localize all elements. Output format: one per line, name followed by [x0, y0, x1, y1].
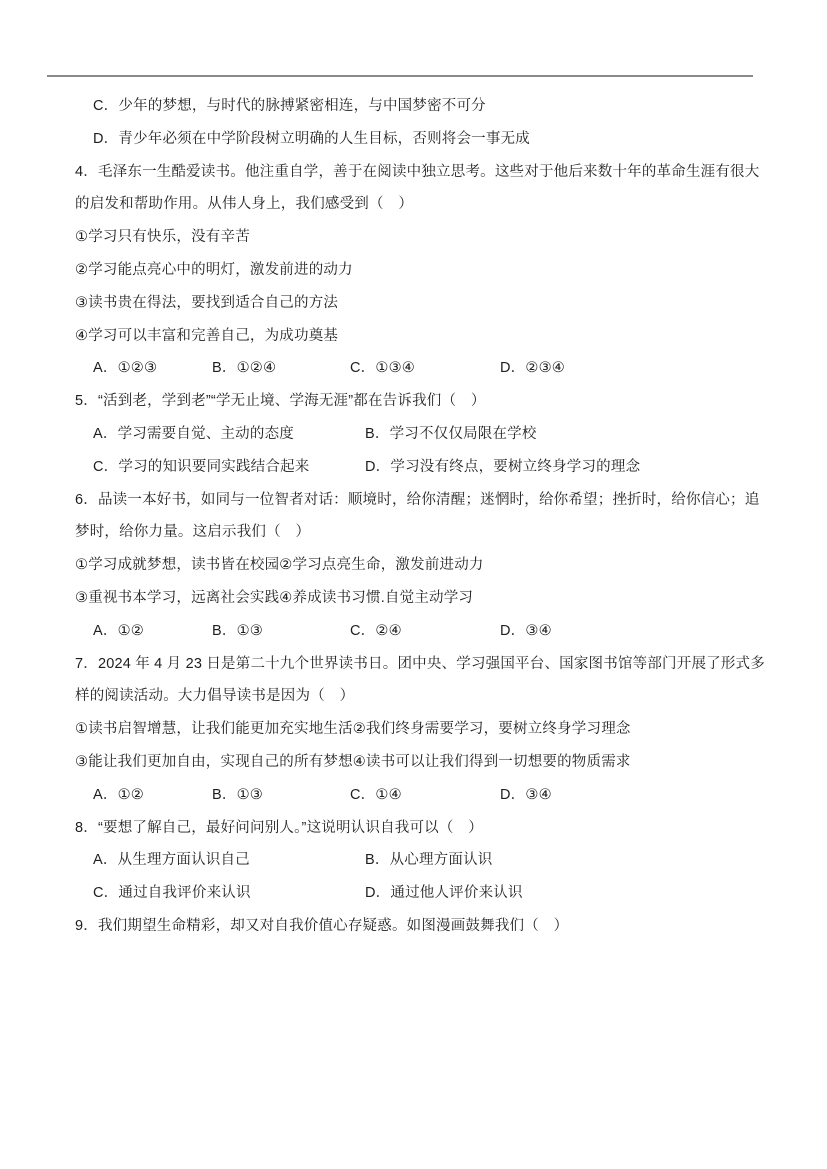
- option-text: ①②: [118, 623, 144, 639]
- option-text: ②③④: [525, 360, 565, 376]
- option: D．②③④: [500, 352, 565, 385]
- option-label: B．: [212, 623, 237, 639]
- option: B．学习不仅仅局限在学校: [365, 418, 537, 451]
- option-label: B．: [212, 360, 237, 376]
- options-row: A．从生理方面认识自己B．从心理方面认识: [75, 844, 770, 877]
- option: B．从心理方面认识: [365, 844, 492, 877]
- option-text: ①③④: [375, 360, 415, 376]
- option-label: D．: [365, 885, 390, 901]
- option-label: B．: [212, 787, 237, 803]
- question-block-6: 6．品读一本好书，如同与一位智者对话：顺境时，给你清醒；迷惘时，给你希望；挫折时…: [75, 484, 770, 648]
- option-label: B．: [365, 426, 390, 442]
- option: C．②④: [350, 615, 402, 648]
- statement-line: ②学习能点亮心中的明灯，激发前进的动力: [75, 254, 770, 287]
- option: D．通过他人评价来认识: [365, 877, 523, 910]
- option-line: C．少年的梦想，与时代的脉搏紧密相连，与中国梦密不可分: [75, 90, 770, 123]
- question-stem-line: 4．毛泽东一生酷爱读书。他注重自学，善于在阅读中独立思考。这些对于他后来数十年的…: [75, 156, 770, 189]
- statement-line: ③重视书本学习，远离社会实践④养成读书习惯.自觉主动学习: [75, 582, 770, 615]
- option-text: 通过他人评价来认识: [390, 885, 522, 901]
- question-block-8: 8．“要想了解自己，最好问问别人。”这说明认识自我可以（ ）A．从生理方面认识自…: [75, 812, 770, 910]
- question-block-4: 4．毛泽东一生酷爱读书。他注重自学，善于在阅读中独立思考。这些对于他后来数十年的…: [75, 156, 770, 386]
- option-label: A．: [93, 360, 118, 376]
- options-row: C．学习的知识要同实践结合起来D．学习没有终点，要树立终身学习的理念: [75, 451, 770, 484]
- option: A．从生理方面认识自己: [93, 844, 250, 877]
- option: C．学习的知识要同实践结合起来: [93, 451, 309, 484]
- option-text: ①③: [237, 787, 263, 803]
- option: C．通过自我评价来认识: [93, 877, 251, 910]
- option-text: ③④: [525, 787, 551, 803]
- option-label: D．: [93, 131, 118, 147]
- question-stem-line: 6．品读一本好书，如同与一位智者对话：顺境时，给你清醒；迷惘时，给你希望；挫折时…: [75, 484, 770, 517]
- options-row: C．通过自我评价来认识D．通过他人评价来认识: [75, 877, 770, 910]
- options-row: A．①②B．①③C．②④D．③④: [75, 615, 770, 648]
- option-label: C．: [350, 787, 375, 803]
- option-label: D．: [500, 360, 525, 376]
- option: C．①④: [350, 779, 402, 812]
- option-text: 从生理方面认识自己: [118, 852, 250, 868]
- statement-line: ①学习只有快乐，没有辛苦: [75, 221, 770, 254]
- statement-line: ③能让我们更加自由，实现自己的所有梦想④读书可以让我们得到一切想要的物质需求: [75, 746, 770, 779]
- option-line: D．青少年必须在中学阶段树立明确的人生目标，否则将会一事无成: [75, 123, 770, 156]
- option-text: ①④: [375, 787, 401, 803]
- option-label: C．: [93, 885, 118, 901]
- option: B．①③: [212, 615, 263, 648]
- option: A．①②: [93, 615, 144, 648]
- options-row: A．学习需要自觉、主动的态度B．学习不仅仅局限在学校: [75, 418, 770, 451]
- option-text: ③④: [525, 623, 551, 639]
- option-label: D．: [500, 623, 525, 639]
- question-stem-line: 9．我们期望生命精彩，却又对自我价值心存疑惑。如图漫画鼓舞我们（ ）: [75, 910, 770, 943]
- option: A．学习需要自觉、主动的态度: [93, 418, 294, 451]
- option-text: 少年的梦想，与时代的脉搏紧密相连，与中国梦密不可分: [118, 98, 486, 114]
- question-stem-line: 的启发和帮助作用。从伟人身上，我们感受到（ ）: [75, 188, 770, 221]
- option-label: A．: [93, 426, 118, 442]
- option-text: 青少年必须在中学阶段树立明确的人生目标，否则将会一事无成: [118, 131, 530, 147]
- statement-line: ①学习成就梦想，读书皆在校园②学习点亮生命，激发前进动力: [75, 549, 770, 582]
- statement-line: ③读书贵在得法，要找到适合自己的方法: [75, 287, 770, 320]
- question-stem-line: 样的阅读活动。大力倡导读书是因为（ ）: [75, 680, 770, 713]
- question-block-9: 9．我们期望生命精彩，却又对自我价值心存疑惑。如图漫画鼓舞我们（ ）: [75, 910, 770, 943]
- option: C．少年的梦想，与时代的脉搏紧密相连，与中国梦密不可分: [93, 98, 486, 114]
- options-row: A．①②B．①③C．①④D．③④: [75, 779, 770, 812]
- option: B．①②④: [212, 352, 276, 385]
- option-label: C．: [93, 98, 118, 114]
- option-text: 学习需要自觉、主动的态度: [118, 426, 294, 442]
- question-stem-line: 5．“活到老，学到老”“学无止境、学海无涯”都在告诉我们（ ）: [75, 385, 770, 418]
- option-text: 学习不仅仅局限在学校: [390, 426, 537, 442]
- option: C．①③④: [350, 352, 415, 385]
- option: B．①③: [212, 779, 263, 812]
- header-divider: [47, 75, 753, 77]
- option-label: A．: [93, 787, 118, 803]
- option-label: A．: [93, 623, 118, 639]
- option: D．学习没有终点，要树立终身学习的理念: [365, 451, 640, 484]
- option: D．③④: [500, 615, 552, 648]
- option-label: A．: [93, 852, 118, 868]
- option: A．①②: [93, 779, 144, 812]
- option-label: D．: [365, 459, 390, 475]
- option: A．①②③: [93, 352, 157, 385]
- option-label: D．: [500, 787, 525, 803]
- option-text: ②④: [375, 623, 401, 639]
- question-list: C．少年的梦想，与时代的脉搏紧密相连，与中国梦密不可分D．青少年必须在中学阶段树…: [75, 90, 770, 943]
- statement-line: ①读书启智增慧，让我们能更加充实地生活②我们终身需要学习，要树立终身学习理念: [75, 713, 770, 746]
- option-label: C．: [350, 623, 375, 639]
- option-text: ①②③: [118, 360, 158, 376]
- statement-line: ④学习可以丰富和完善自己，为成功奠基: [75, 320, 770, 353]
- question-block-7: 7．2024 年 4 月 23 日是第二十九个世界读书日。团中央、学习强国平台、…: [75, 648, 770, 812]
- option: D．③④: [500, 779, 552, 812]
- exam-page: C．少年的梦想，与时代的脉搏紧密相连，与中国梦密不可分D．青少年必须在中学阶段树…: [0, 0, 827, 1169]
- question-block-5: 5．“活到老，学到老”“学无止境、学海无涯”都在告诉我们（ ）A．学习需要自觉、…: [75, 385, 770, 483]
- option-label: C．: [350, 360, 375, 376]
- option-text: ①③: [237, 623, 263, 639]
- option-label: B．: [365, 852, 390, 868]
- question-stem-line: 7．2024 年 4 月 23 日是第二十九个世界读书日。团中央、学习强国平台、…: [75, 648, 770, 681]
- option-text: ①②: [118, 787, 144, 803]
- option-text: 学习没有终点，要树立终身学习的理念: [390, 459, 640, 475]
- question-stem-line: 8．“要想了解自己，最好问问别人。”这说明认识自我可以（ ）: [75, 812, 770, 845]
- option-text: 从心理方面认识: [390, 852, 493, 868]
- options-row: A．①②③B．①②④C．①③④D．②③④: [75, 352, 770, 385]
- option: D．青少年必须在中学阶段树立明确的人生目标，否则将会一事无成: [93, 131, 530, 147]
- question-block-partial: C．少年的梦想，与时代的脉搏紧密相连，与中国梦密不可分D．青少年必须在中学阶段树…: [75, 90, 770, 156]
- option-label: C．: [93, 459, 118, 475]
- option-text: ①②④: [237, 360, 277, 376]
- option-text: 学习的知识要同实践结合起来: [118, 459, 309, 475]
- question-stem-line: 梦时，给你力量。这启示我们（ ）: [75, 516, 770, 549]
- option-text: 通过自我评价来认识: [118, 885, 250, 901]
